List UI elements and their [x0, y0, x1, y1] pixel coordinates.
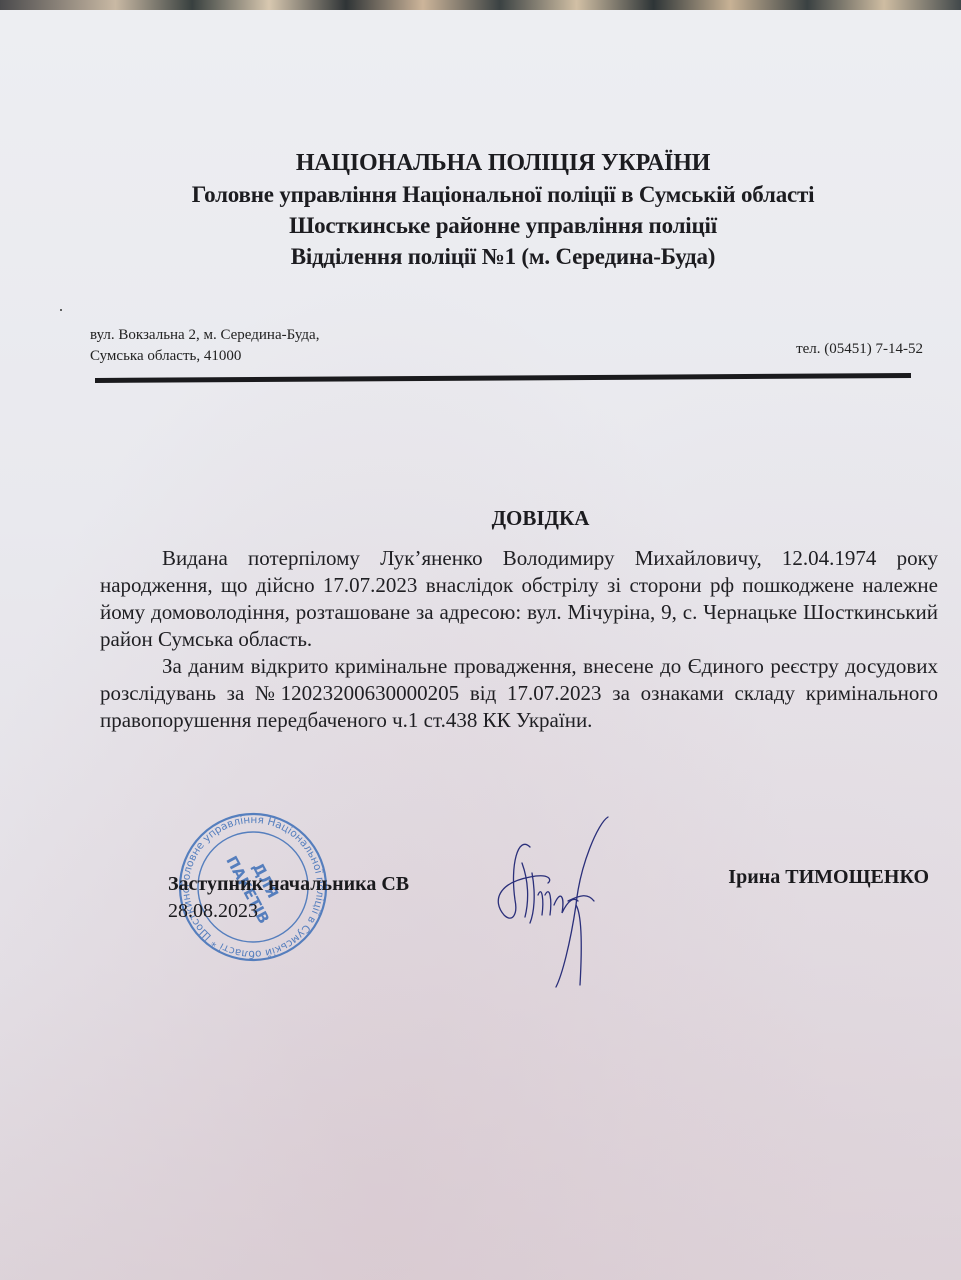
document-title: ДОВІДКА [60, 506, 961, 531]
paper-speck [60, 309, 62, 311]
letterhead-organization: НАЦІОНАЛЬНА ПОЛІЦІЯ УКРАЇНИ [45, 148, 961, 179]
letterhead: НАЦІОНАЛЬНА ПОЛІЦІЯ УКРАЇНИ Головне упра… [0, 148, 961, 272]
body-paragraph-2: За даним відкрито кримінальне провадженн… [100, 653, 938, 734]
signer-position: Заступник начальника СВ [168, 873, 409, 896]
handwritten-signature-icon [470, 805, 630, 990]
body-paragraph-1: Видана потерпілому Лук’яненко Володимиру… [100, 545, 938, 653]
letterhead-district: Шосткинське районне управління поліції [45, 210, 961, 241]
document-body: Видана потерпілому Лук’яненко Володимиру… [100, 545, 938, 734]
letterhead-department: Головне управління Національної поліції … [45, 179, 961, 210]
signature-date: 28.08.2023 [168, 900, 258, 923]
signer-name: Ірина ТИМОЩЕНКО [728, 866, 929, 889]
address-line-1: вул. Вокзальна 2, м. Середина-Буда, [90, 325, 319, 346]
address-block: вул. Вокзальна 2, м. Середина-Буда, Сумс… [90, 325, 319, 367]
letterhead-unit: Відділення поліції №1 (м. Середина-Буда) [45, 241, 961, 272]
phone-number: тел. (05451) 7-14-52 [796, 341, 923, 358]
address-line-2: Сумська область, 41000 [90, 346, 319, 367]
